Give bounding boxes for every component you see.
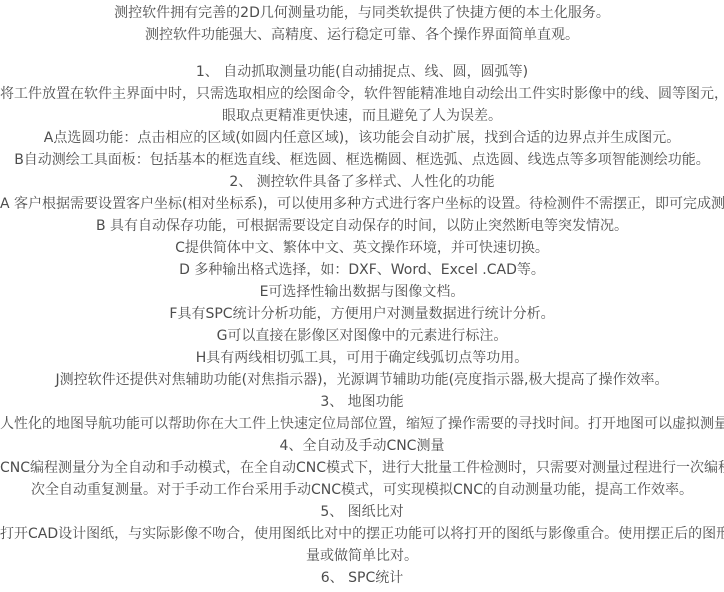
intro-line: 测控软件功能强大、高精度、运行稳定可靠、各个操作界面简单直观。: [0, 24, 724, 46]
section-heading-features: 2、 测控软件具备了多样式、人性化的功能: [0, 171, 724, 193]
text-line: F具有SPC统计分析功能，方便用户对测量数据进行统计分析。: [0, 303, 724, 325]
text-line: D 多种输出格式选择，如：DXF、Word、Excel .CAD等。: [0, 259, 724, 281]
text-line: G可以直接在影像区对图像中的元素进行标注。: [0, 325, 724, 347]
text-line: C提供简体中文、繁体中文、英文操作环境，并可快速切换。: [0, 237, 724, 259]
text-line: CNC编程测量分为全自动和手动模式，在全自动CNC模式下，进行大批量工件检测时，…: [0, 457, 724, 479]
text-line: 次全自动重复测量。对于手动工作台采用手动CNC模式，可实现模拟CNC的自动测量功…: [0, 479, 724, 501]
intro-line: 测控软件拥有完善的2D几何测量功能，与同类软提供了快捷方便的本土化服务。: [0, 2, 724, 24]
section-heading-cnc: 4、全自动及手动CNC测量: [0, 435, 724, 457]
text-line: H具有两线相切弧工具，可用于确定线弧切点等功用。: [0, 347, 724, 369]
feature-description-document: 测控软件拥有完善的2D几何测量功能，与同类软提供了快捷方便的本土化服务。 测控软…: [0, 0, 724, 589]
text-line: J测控软件还提供对焦辅助功能(对焦指示器)，光源调节辅助功能(亮度指示器,极大提…: [0, 369, 724, 391]
text-line: A 客户根据需要设置客户坐标(相对坐标系)，可以使用多种方式进行客户坐标的设置。…: [0, 193, 724, 215]
text-line: 打开CAD设计图纸，与实际影像不吻合，使用图纸比对中的摆正功能可以将打开的图纸与…: [0, 523, 724, 545]
text-line: E可选择性输出数据与图像文档。: [0, 281, 724, 303]
text-line: B 具有自动保存功能，可根据需要设定自动保存的时间，以防止突然断电等突发情况。: [0, 215, 724, 237]
page: { "colors": { "background": "#ffffff", "…: [0, 0, 724, 592]
section-heading-spc: 6、 SPC统计: [0, 567, 724, 589]
text-line: 量或做简单比对。: [0, 545, 724, 567]
section-heading-auto-capture: 1、 自动抓取测量功能(自动捕捉点、线、圆，圆弧等): [0, 61, 724, 83]
text-line: 眼取点更精准更快速，而且避免了人为误差。: [0, 105, 724, 127]
text-line: 将工件放置在软件主界面中时，只需选取相应的绘图命令，软件智能精准地自动绘出工件实…: [0, 83, 724, 105]
section-heading-drawing-compare: 5、 图纸比对: [0, 501, 724, 523]
text-line: B自动测绘工具面板：包括基本的框选直线、框选圆、框选椭圆、框选弧、点选圆、线选点…: [0, 149, 724, 171]
text-line: A点选圆功能：点击相应的区域(如圆内任意区域)，该功能会自动扩展，找到合适的边界…: [0, 127, 724, 149]
text-line: 人性化的地图导航功能可以帮助你在大工件上快速定位局部位置，缩短了操作需要的寻找时…: [0, 413, 724, 435]
section-heading-map: 3、 地图功能: [0, 391, 724, 413]
